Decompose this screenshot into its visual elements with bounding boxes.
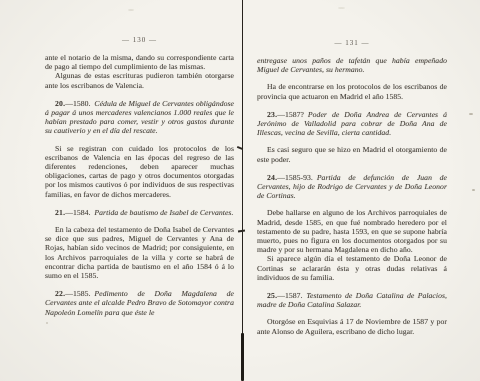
paragraph: Debe hallarse en alguno de los Archivos … (257, 208, 447, 254)
entry-heading: 24.—1585-93. Partida de defunción de Jua… (257, 173, 447, 201)
page-gutter-line (242, 0, 243, 381)
left-page-body: ante el notario de la misma, dando su co… (45, 53, 234, 317)
paragraph: En la cabeza del testamento de Doña Isab… (45, 225, 234, 280)
entry-heading: 22.—1585. Pedimento de Doña Magdalena de… (45, 289, 234, 317)
entry-heading: 21.—1584. Partida de bautismo de Isabel … (45, 208, 234, 217)
paragraph: entregase unos paños de tafetán que habí… (257, 56, 447, 74)
right-page: — 131 — entregase unos paños de tafetán … (257, 39, 447, 336)
left-page: — 130 — ante el notario de la misma, dan… (45, 36, 234, 325)
entry-heading: 25.—1587. Testamento de Doña Catalina de… (257, 291, 447, 309)
entry-heading: 20.—1580. Cédula de Miguel de Cervantes … (45, 99, 234, 136)
scan-artifact (469, 113, 473, 115)
scan-artifact (338, 7, 345, 9)
left-page-number: — 130 — (45, 36, 234, 44)
paragraph: Es casi seguro que se hizo en Madrid el … (257, 145, 447, 163)
book-scan: — 130 — ante el notario de la misma, dan… (0, 0, 480, 381)
paragraph: Otorgóse en Esquivias á 17 de Noviembre … (257, 317, 447, 335)
scan-artifact (472, 189, 475, 191)
right-page-number: — 131 — (257, 39, 447, 47)
right-page-body: entregase unos paños de tafetán que habí… (257, 56, 447, 336)
scan-artifact (128, 9, 134, 11)
entry-heading: 23.—1587? Poder de Doña Andrea de Cervan… (257, 110, 447, 138)
paragraph: ante el notario de la misma, dando su co… (45, 53, 234, 71)
scan-artifact (46, 322, 48, 324)
paragraph: Algunas de estas escrituras pudieron tam… (45, 71, 234, 89)
paragraph: Ha de encontrarse en los protocolos de l… (257, 82, 447, 100)
paragraph: Si aparece algún día el testamento de Do… (257, 254, 447, 282)
paragraph: Si se registran con cuidado los protocol… (45, 144, 234, 199)
page-gutter-shadow (241, 333, 244, 381)
